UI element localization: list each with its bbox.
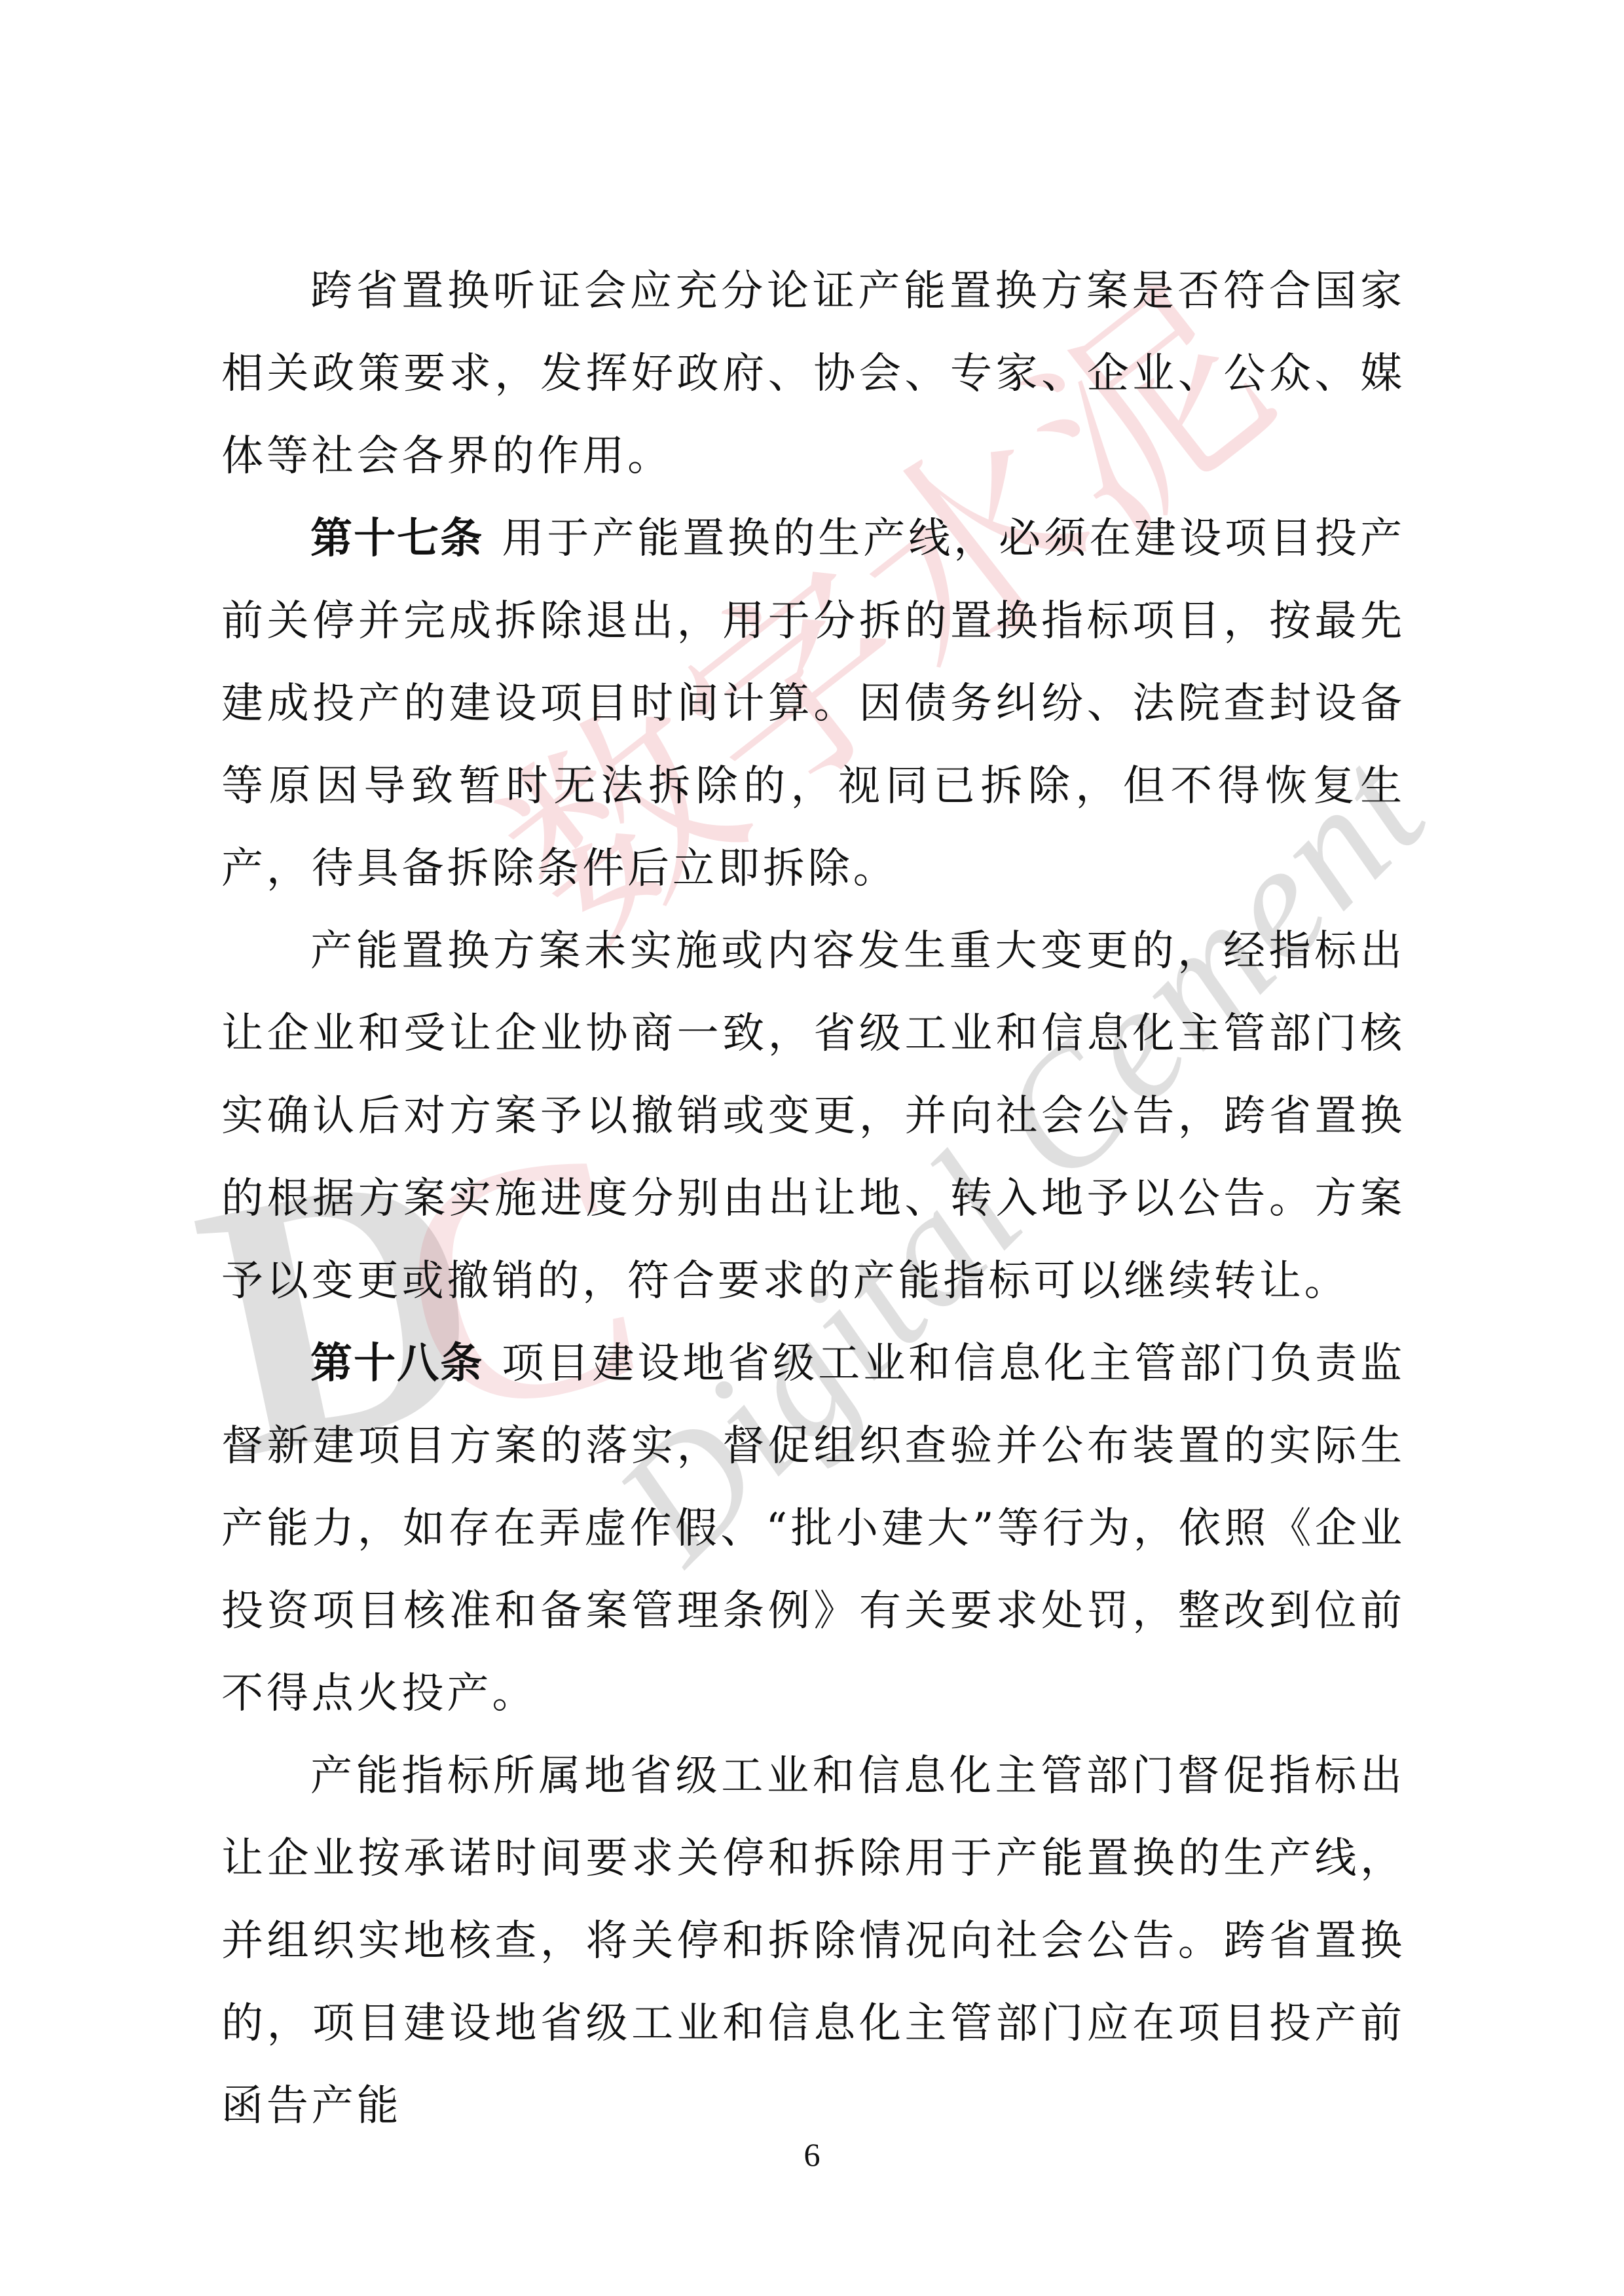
paragraph-article-17: 第十七条用于产能置换的生产线，必须在建设项目投产前关停并完成拆除退出，用于分拆的… <box>221 498 1405 910</box>
paragraph-capacity-supervision: 产能指标所属地省级工业和信息化主管部门督促指标出让企业按承诺时间要求关停和拆除用… <box>221 1735 1405 2147</box>
paragraph-text: 用于产能置换的生产线，必须在建设项目投产前关停并完成拆除退出，用于分拆的置换指标… <box>221 515 1405 893</box>
document-page: D C 数字水泥 Digital Cement 跨省置换听证会应充分论证产能置换… <box>0 0 1624 2296</box>
paragraph-article-18: 第十八条项目建设地省级工业和信息化主管部门负责监督新建项目方案的落实，督促组织查… <box>221 1322 1405 1735</box>
paragraph-text: 项目建设地省级工业和信息化主管部门负责监督新建项目方案的落实，督促组织查验并公布… <box>221 1339 1405 1718</box>
paragraph-text: 产能指标所属地省级工业和信息化主管部门督促指标出让企业按承诺时间要求关停和拆除用… <box>221 1752 1405 2130</box>
paragraph-hearing: 跨省置换听证会应充分论证产能置换方案是否符合国家相关政策要求，发挥好政府、协会、… <box>221 250 1405 498</box>
page-number: 6 <box>0 2136 1624 2174</box>
paragraph-text: 跨省置换听证会应充分论证产能置换方案是否符合国家相关政策要求，发挥好政府、协会、… <box>221 267 1405 481</box>
paragraph-text: 产能置换方案未实施或内容发生重大变更的，经指标出让企业和受让企业协商一致，省级工… <box>221 927 1405 1305</box>
paragraph-plan-change: 产能置换方案未实施或内容发生重大变更的，经指标出让企业和受让企业协商一致，省级工… <box>221 910 1405 1322</box>
article-number: 第十七条 <box>310 515 483 563</box>
document-body: 跨省置换听证会应充分论证产能置换方案是否符合国家相关政策要求，发挥好政府、协会、… <box>221 250 1405 2147</box>
article-number: 第十八条 <box>310 1339 483 1388</box>
